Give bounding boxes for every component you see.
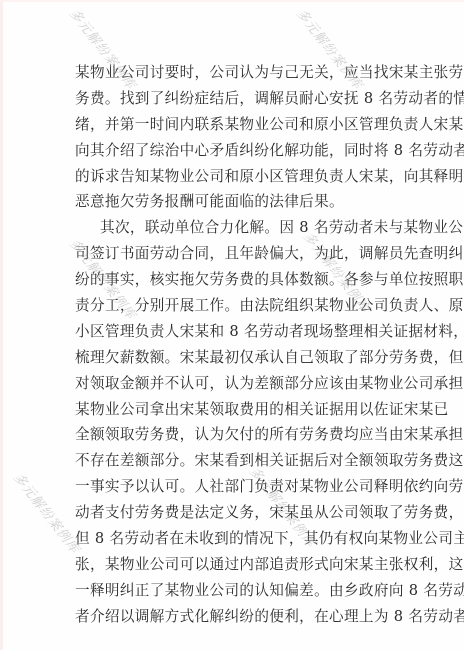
document-page: 某物业公司讨要时，公司认为与己无关，应当找宋某主张劳 务费。找到了纠纷症结后，调… [0, 0, 464, 650]
text-line: 一事实予以认可。人社部门负责对某物业公司释明依约向劳 [75, 474, 397, 500]
text-line: 但 8 名劳动者在未收到的情况下，其仍有权向某物业公司主 [75, 526, 397, 552]
text-line: 梳理欠薪数额。宋某最初仅承认自己领取了部分劳务费，但 [75, 345, 397, 371]
paragraph-start-line: 其次，联动单位合力化解。因 8 名劳动者未与某物业公 [75, 215, 397, 241]
text-line: 向其介绍了综治中心矛盾纠纷化解功能，同时将 8 名劳动者 [75, 138, 397, 164]
text-line: 绪，并第一时间内联系某物业公司和原小区管理负责人宋某， [75, 112, 397, 138]
document-body: 某物业公司讨要时，公司认为与己无关，应当找宋某主张劳 务费。找到了纠纷症结后，调… [75, 60, 397, 630]
text-line: 小区管理负责人宋某和 8 名劳动者现场整理相关证据材料， [75, 319, 397, 345]
text-line: 全额领取劳务费，认为欠付的所有劳务费均应当由宋某承担， [75, 422, 397, 448]
text-line: 责分工，分别开展工作。由法院组织某物业公司负责人、原 [75, 293, 397, 319]
text-line: 一释明纠正了某物业公司的认知偏差。由乡政府向 8 名劳动 [75, 578, 397, 604]
text-line: 者介绍以调解方式化解纠纷的便利，在心理上为 8 名劳动者 [75, 604, 397, 630]
text-line: 某物业公司拿出宋某领取费用的相关证据用以佐证宋某已 [75, 397, 397, 423]
text-line: 对领取金额并不认可，认为差额部分应该由某物业公司承担。 [75, 371, 397, 397]
text-line: 司签订书面劳动合同，且年龄偏大，为此，调解员先查明纠 [75, 241, 397, 267]
text-line: 某物业公司讨要时，公司认为与己无关，应当找宋某主张劳 [75, 60, 397, 86]
text-line: 的诉求告知某物业公司和原小区管理负责人宋某，向其释明 [75, 164, 397, 190]
text-line: 务费。找到了纠纷症结后，调解员耐心安抚 8 名劳动者的情 [75, 86, 397, 112]
text-line: 张，某物业公司可以通过内部追责形式向宋某主张权利，这 [75, 552, 397, 578]
text-line: 动者支付劳务费是法定义务，宋某虽从公司领取了劳务费， [75, 500, 397, 526]
text-line: 恶意拖欠劳务报酬可能面临的法律后果。 [75, 189, 397, 215]
text-line: 纷的事实，核实拖欠劳务费的具体数额。各参与单位按照职 [75, 267, 397, 293]
text-line: 不存在差额部分。宋某看到相关证据后对全额领取劳务费这 [75, 448, 397, 474]
